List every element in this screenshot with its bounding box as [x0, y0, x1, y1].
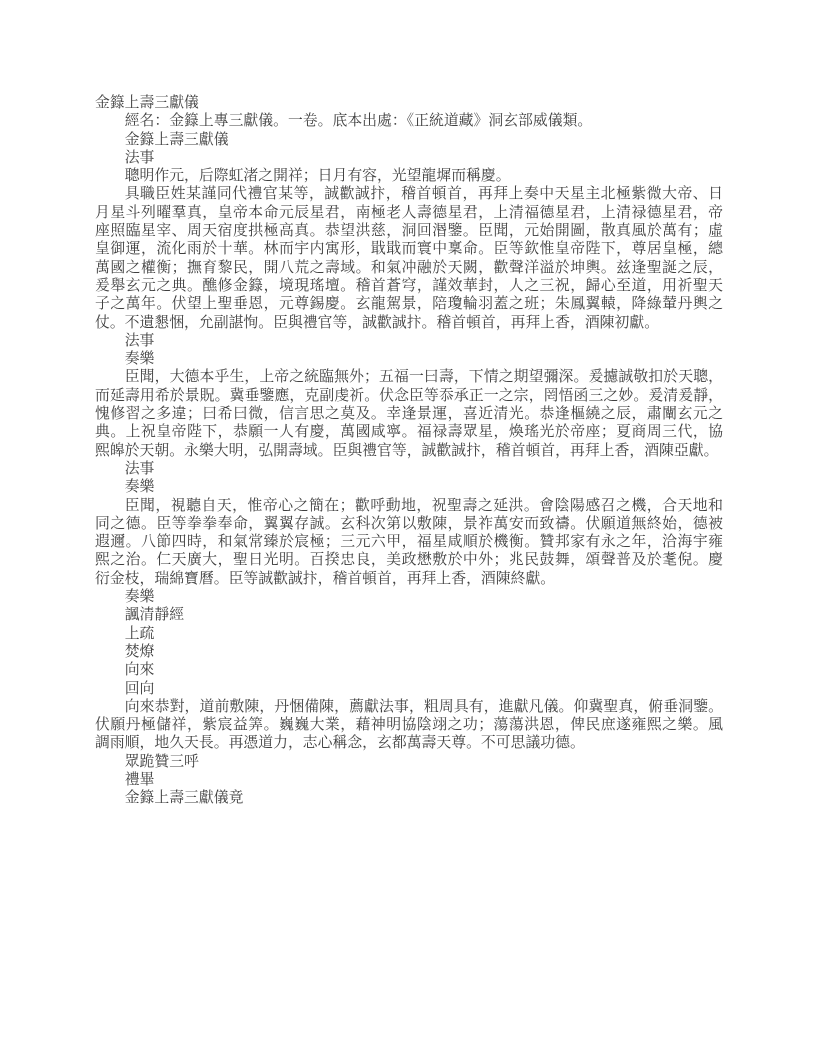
section-label-zouyue: 奏樂 — [95, 350, 723, 368]
ritual-step-label: 焚燎 — [95, 643, 723, 661]
paragraph-line: 遐邇。八節四時，和氣常臻於宸極；三元六甲，福星咸順於機衡。贊邦家有永之年，洽海宇… — [95, 533, 723, 551]
paragraph-line: 月星斗列曜羣真，皇帝本命元辰星君，南極老人壽德星君，上清福德星君，上清禄德星君，… — [95, 204, 723, 222]
paragraph-line: 臣聞，視聽自天，惟帝心之簡在；歡呼動地，祝聖壽之延洪。會陰陽感召之機，合天地和 — [95, 497, 723, 515]
paragraph-line: 具職臣姓某謹同代禮官某等，誠歡誠抃，稽首頓首，再拜上奏中天星主北極紫微大帝、日 — [95, 185, 723, 203]
ritual-step-label: 向來 — [95, 661, 723, 679]
paragraph-line: 衍金枝，瑞綿寶曆。臣等誠歡誠抃，稽首頓首，再拜上香，酒陳終獻。 — [95, 570, 723, 588]
paragraph-line: 熙之治。仁天廣大，聖日光明。百揆忠良，美政懋敷於中外；兆民鼓舞，頌聲普及於耄倪。… — [95, 551, 723, 569]
paragraph-line: 同之德。臣等拳拳奉命，翼翼存誠。玄科次第以敷陳，景祚萬安而致禱。伏願道無終始，德… — [95, 515, 723, 533]
paragraph-line: 典。上祝皇帝陛下，恭願一人有慶，萬國咸寧。福禄壽眾星，煥瑤光於帝座；夏商周三代，… — [95, 423, 723, 441]
paragraph-line: 愧修習之多違；曰希曰微，信言思之莫及。幸逢景運，喜近清光。恭逢樞繞之辰，肅闡玄元… — [95, 405, 723, 423]
paragraph-line: 萬國之權衡；撫育黎民，開八荒之壽域。和氣冲融於天闕，歡聲洋溢於坤輿。兹逢聖誕之辰… — [95, 259, 723, 277]
doc-subtitle: 金籙上壽三獻儀 — [95, 131, 723, 149]
doc-end-title: 金籙上壽三獻儀竟 — [95, 789, 723, 807]
section-label-fashi: 法事 — [95, 460, 723, 478]
paragraph-line: 臣聞，大德本乎生，上帝之統臨無外；五福一曰壽，下情之期望彌深。爰攄誠敬扣於天聰， — [95, 368, 723, 386]
ritual-step-label: 眾跪贊三呼 — [95, 753, 723, 771]
ritual-step-label: 禮畢 — [95, 771, 723, 789]
paragraph-line: 爰舉玄元之典。醮修金籙，境現瑤壇。稽首蒼穹，謹效華封，人之三祝，歸心至道，用祈聖… — [95, 277, 723, 295]
paragraph-line: 調雨順，地久天長。再憑道力，志心稱念，玄都萬壽天尊。不可思議功德。 — [95, 734, 723, 752]
section-label-fashi: 法事 — [95, 332, 723, 350]
paragraph-line: 子之萬年。伏望上聖垂恩，元尊錫慶。玄龍駕景，陪瓊輪羽蓋之班；朱鳳翼轅，降綠輦丹輿… — [95, 295, 723, 313]
section-label-zouyue: 奏樂 — [95, 588, 723, 606]
ritual-step-label: 上疏 — [95, 625, 723, 643]
paragraph-line: 向來恭對，道前敷陳，丹悃備陳，薦獻法事，粗周具有，進獻凡儀。仰冀聖真，俯垂洞鑒。 — [95, 698, 723, 716]
section-label-fashi: 法事 — [95, 149, 723, 167]
doc-title: 金籙上壽三獻儀 — [95, 94, 723, 112]
paragraph-line: 座照臨星宰、周天宿度拱極高真。恭望洪慈，洞回湣鑒。臣聞，元始開圖，散真風於萬有；… — [95, 222, 723, 240]
section-label-zouyue: 奏樂 — [95, 478, 723, 496]
paragraph-line: 而延壽用希於景貺。冀垂鑒應，克副虔祈。伏念臣等忝承正一之宗，罔悟函三之妙。爰清爰… — [95, 387, 723, 405]
document-page: 金籙上壽三獻儀 經名：金籙上專三獻儀。一卷。底本出處：《正統道藏》洞玄部威儀類。… — [0, 0, 816, 1056]
paragraph-line: 聰明作元，后際虹渚之開祥；日月有容，光望龍墀而稱慶。 — [95, 167, 723, 185]
paragraph-line: 熙皞於天朝。永樂大明，弘開壽域。臣與禮官等，誠歡誠抃，稽首頓首，再拜上香，酒陳亞… — [95, 442, 723, 460]
paragraph-line: 仗。不遺懇悃，允副諶恂。臣與禮官等，誠歡誠抃。稽首頓首，再拜上香，酒陳初獻。 — [95, 314, 723, 332]
ritual-step-label: 回向 — [95, 680, 723, 698]
document-text-block: 金籙上壽三獻儀 經名：金籙上專三獻儀。一卷。底本出處：《正統道藏》洞玄部威儀類。… — [95, 94, 723, 808]
paragraph-line: 伏願丹極儲祥，紫宸益筭。巍巍大業，藉神明協陰翊之功；蕩蕩洪恩，俾民庶遂雍熙之樂。… — [95, 716, 723, 734]
ritual-step-label: 諷清靜經 — [95, 606, 723, 624]
paragraph-line: 皇御運，流化雨於十華。林而宇内寓形，戢戢而寰中稟命。臣等欽惟皇帝陛下，尊居皇極，… — [95, 240, 723, 258]
edition-note: 經名：金籙上專三獻儀。一卷。底本出處：《正統道藏》洞玄部威儀類。 — [95, 112, 723, 130]
